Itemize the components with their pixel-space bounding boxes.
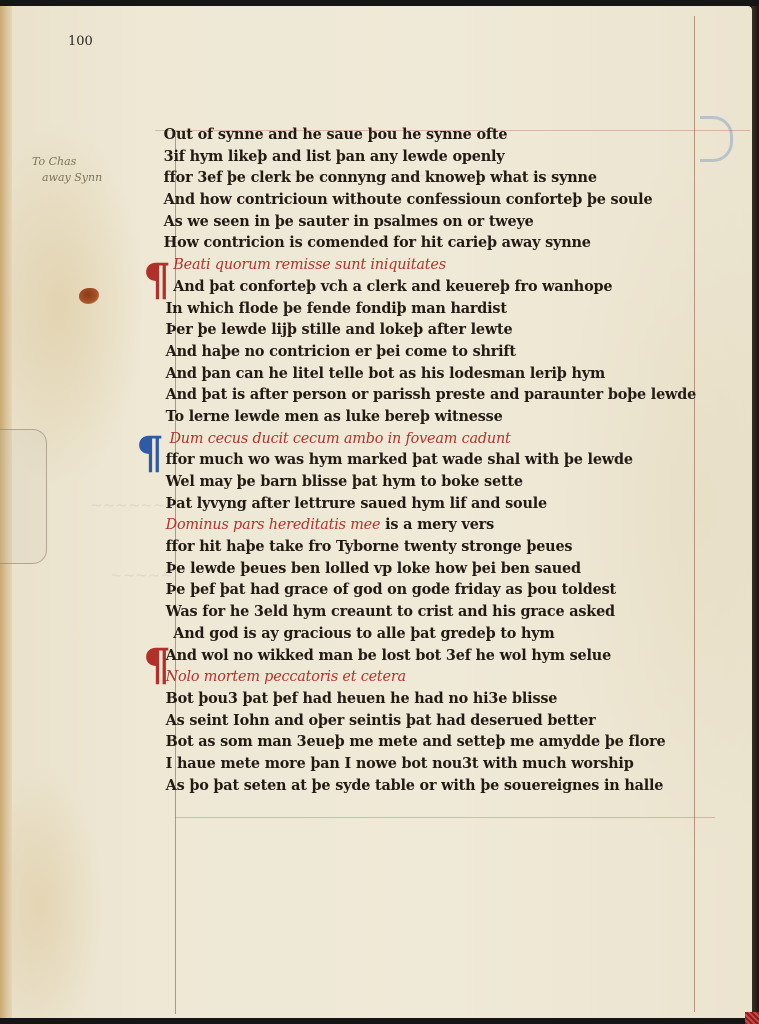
text-line: Was for he 3eld hym creaunt to crist and…: [156, 601, 728, 623]
text-line: And wol no wikked man be lost bot 3ef he…: [156, 645, 728, 667]
folio-number: 100: [68, 34, 93, 49]
show-through-text: ~~~~~~: [90, 496, 165, 514]
text-line: As we seen in þe sauter in psalmes on or…: [156, 211, 728, 233]
text-line: As þo þat seten at þe syde table or with…: [156, 775, 728, 797]
red-fore-edge-corner: [745, 1012, 759, 1024]
text-line: ffor hit haþe take fro Tyborne twenty st…: [156, 536, 728, 558]
text-line: To lerne lewde men as luke bereþ witness…: [156, 406, 728, 428]
text-line: And þat is after person or parissh prest…: [156, 384, 728, 406]
main-text-block: Out of synne and he saue þou he synne of…: [156, 124, 752, 796]
manuscript-page: ~~~~~~~~~~~~~~~~~~~~~~~~~~~~~~~ ~~~~~~ ~…: [0, 6, 752, 1018]
text-line: As seint Iohn and oþer seintis þat had d…: [156, 710, 728, 732]
text-phrase: is a mery vers: [385, 515, 494, 533]
text-line: And þan can he litel telle bot as his lo…: [156, 363, 728, 385]
rubric-line: Beati quorum remisse sunt iniquitates: [156, 254, 728, 276]
text-line: 3if hym likeþ and list þan any lewde ope…: [156, 146, 728, 168]
text-line: In which flode þe fende fondiþ man hardi…: [156, 298, 728, 320]
text-line: How contricion is comended for hit carie…: [156, 232, 728, 254]
rubric-line: Nolo mortem peccatoris et cetera: [156, 666, 728, 688]
text-line: Þer þe lewde lijþ stille and lokeþ after…: [156, 319, 728, 341]
text-line: Þe lewde þeues ben lolled vp loke how þe…: [156, 558, 728, 580]
text-line: And haþe no contricion er þei come to sh…: [156, 341, 728, 363]
text-line: Þe þef þat had grace of god on gode frid…: [156, 579, 728, 601]
marginal-note-line: away Synn: [28, 170, 153, 186]
text-line: Bot þou3 þat þef had heuen he had no hi3…: [156, 688, 728, 710]
ink-stain: [79, 288, 99, 304]
rubric-phrase: Dominus pars hereditatis mee: [166, 515, 381, 533]
text-line: Out of synne and he saue þou he synne of…: [156, 124, 728, 146]
bottom-text-ruling: [175, 817, 715, 818]
text-line: ffor much wo was hym marked þat wade sha…: [156, 449, 728, 471]
text-line: I haue mete more þan I nowe bot nou3t wi…: [156, 753, 728, 775]
page-fore-edge: [752, 6, 759, 1018]
text-line: Wel may þe barn blisse þat hym to boke s…: [156, 471, 728, 493]
rubric-line: Dum cecus ducit cecum ambo in foveam cad…: [156, 428, 728, 450]
mixed-rubric-line: Dominus pars hereditatis mee is a mery v…: [156, 514, 728, 536]
text-line: And how contricioun withoute confessioun…: [156, 189, 728, 211]
marginal-note-line: To Chas: [28, 154, 153, 170]
text-line: Bot as som man 3eueþ me mete and setteþ …: [156, 731, 728, 753]
text-line: And þat conforteþ vch a clerk and keuere…: [156, 276, 728, 298]
text-line: ffor 3ef þe clerk be connyng and knoweþ …: [156, 167, 728, 189]
text-line: Þat lyvyng after lettrure saued hym lif …: [156, 493, 728, 515]
marginal-note: To Chas away Synn: [28, 154, 153, 186]
text-line: And god is ay gracious to alle þat grede…: [156, 623, 728, 645]
page-clip-holder: [0, 429, 47, 564]
